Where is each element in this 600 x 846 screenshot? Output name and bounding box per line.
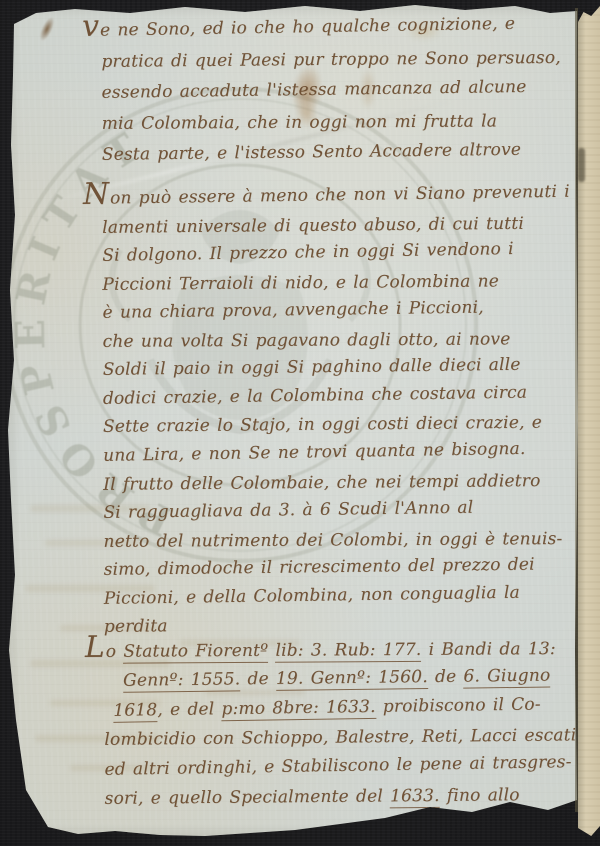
manuscript-line: essendo accaduta l'istessa mancanza ad a… bbox=[101, 77, 526, 104]
manuscript-line: simo, dimodoche il ricrescimento del pre… bbox=[104, 555, 535, 582]
torn-edge-nick bbox=[578, 148, 585, 182]
manuscript-line: è una chiara prova, avvengache i Piccion… bbox=[102, 298, 484, 325]
manuscript-line: ed altri ordinghi, e Stabiliscono le pen… bbox=[104, 752, 571, 781]
underlined-phrase: Statuto Fiorentº bbox=[123, 641, 268, 664]
manuscript-line: lombicidio con Schioppo, Balestre, Reti,… bbox=[104, 725, 582, 751]
scanned-manuscript-view: PROSPERITAT ve ne Sono, ed io che ho qua… bbox=[0, 0, 600, 846]
manuscript-line: ve ne Sono, ed io che ho qualche cognizi… bbox=[82, 14, 515, 42]
underlined-phrase: 1633. bbox=[390, 786, 440, 808]
manuscript-text: ve ne Sono, ed io che ho qualche cognizi… bbox=[0, 0, 600, 846]
manuscript-line: Piccioni, e della Colombina, non conguag… bbox=[104, 582, 520, 609]
manuscript-line: mia Colombaia, che in oggi non mi frutta… bbox=[102, 111, 497, 135]
underlined-phrase: lib: 3. Rub: 177. bbox=[275, 640, 421, 663]
manuscript-line: una Lira, e non Se ne trovi quanta ne bi… bbox=[103, 439, 526, 467]
manuscript-line: Sesta parte, e l'istesso Sento Accadere … bbox=[102, 140, 522, 166]
manuscript-line: Piccioni Terraioli di nido, e la Colombi… bbox=[102, 271, 499, 296]
manuscript-line: Lo Statuto Fiorentº lib: 3. Rub: 177. i … bbox=[85, 639, 556, 663]
manuscript-page: PROSPERITAT ve ne Sono, ed io che ho qua… bbox=[0, 0, 600, 846]
manuscript-line: 1618, e del p:mo 8bre: 1633. proibiscono… bbox=[113, 694, 541, 722]
manuscript-line: Si ragguagliava da 3. à 6 Scudi l'Anno a… bbox=[103, 498, 473, 524]
manuscript-line: che una volta Si pagavano dagli otto, ai… bbox=[103, 329, 511, 353]
underlined-phrase: 1618 bbox=[113, 700, 157, 723]
manuscript-line: Sette crazie lo Stajo, in oggi costi die… bbox=[103, 413, 542, 438]
manuscript-line: pratica di quei Paesi pur troppo ne Sono… bbox=[101, 48, 561, 73]
underlined-phrase: p:mo 8bre: 1633. bbox=[221, 697, 376, 721]
manuscript-line: Si dolgono. Il prezzo che in oggi Si ven… bbox=[102, 239, 514, 267]
manuscript-line: netto del nutrimento dei Colombi, in ogg… bbox=[103, 529, 562, 553]
manuscript-line: Soldi il paio in oggi Si paghino dalle d… bbox=[103, 355, 521, 381]
manuscript-line: sori, e quello Specialmente del 1633. fi… bbox=[105, 785, 520, 810]
manuscript-line: Gennº: 1555. de 19. Gennº: 1560. de 6. G… bbox=[123, 666, 551, 692]
underlined-phrase: Gennº: 1555. bbox=[123, 670, 240, 693]
manuscript-line: dodici crazie, e la Colombina che costav… bbox=[103, 382, 528, 410]
underlined-phrase: 19. Gennº: 1560. bbox=[276, 667, 428, 691]
manuscript-line: Non può essere à meno che non vi Siano p… bbox=[83, 182, 570, 210]
page-fold-divider bbox=[575, 8, 578, 812]
manuscript-line: lamenti universale di questo abuso, di c… bbox=[102, 213, 524, 238]
manuscript-line: perdita bbox=[104, 616, 168, 638]
manuscript-line: Il frutto delle Colombaie, che nei tempi… bbox=[103, 471, 540, 496]
adjacent-page-edge bbox=[578, 0, 600, 846]
underlined-phrase: 6. Giugno bbox=[463, 666, 550, 689]
